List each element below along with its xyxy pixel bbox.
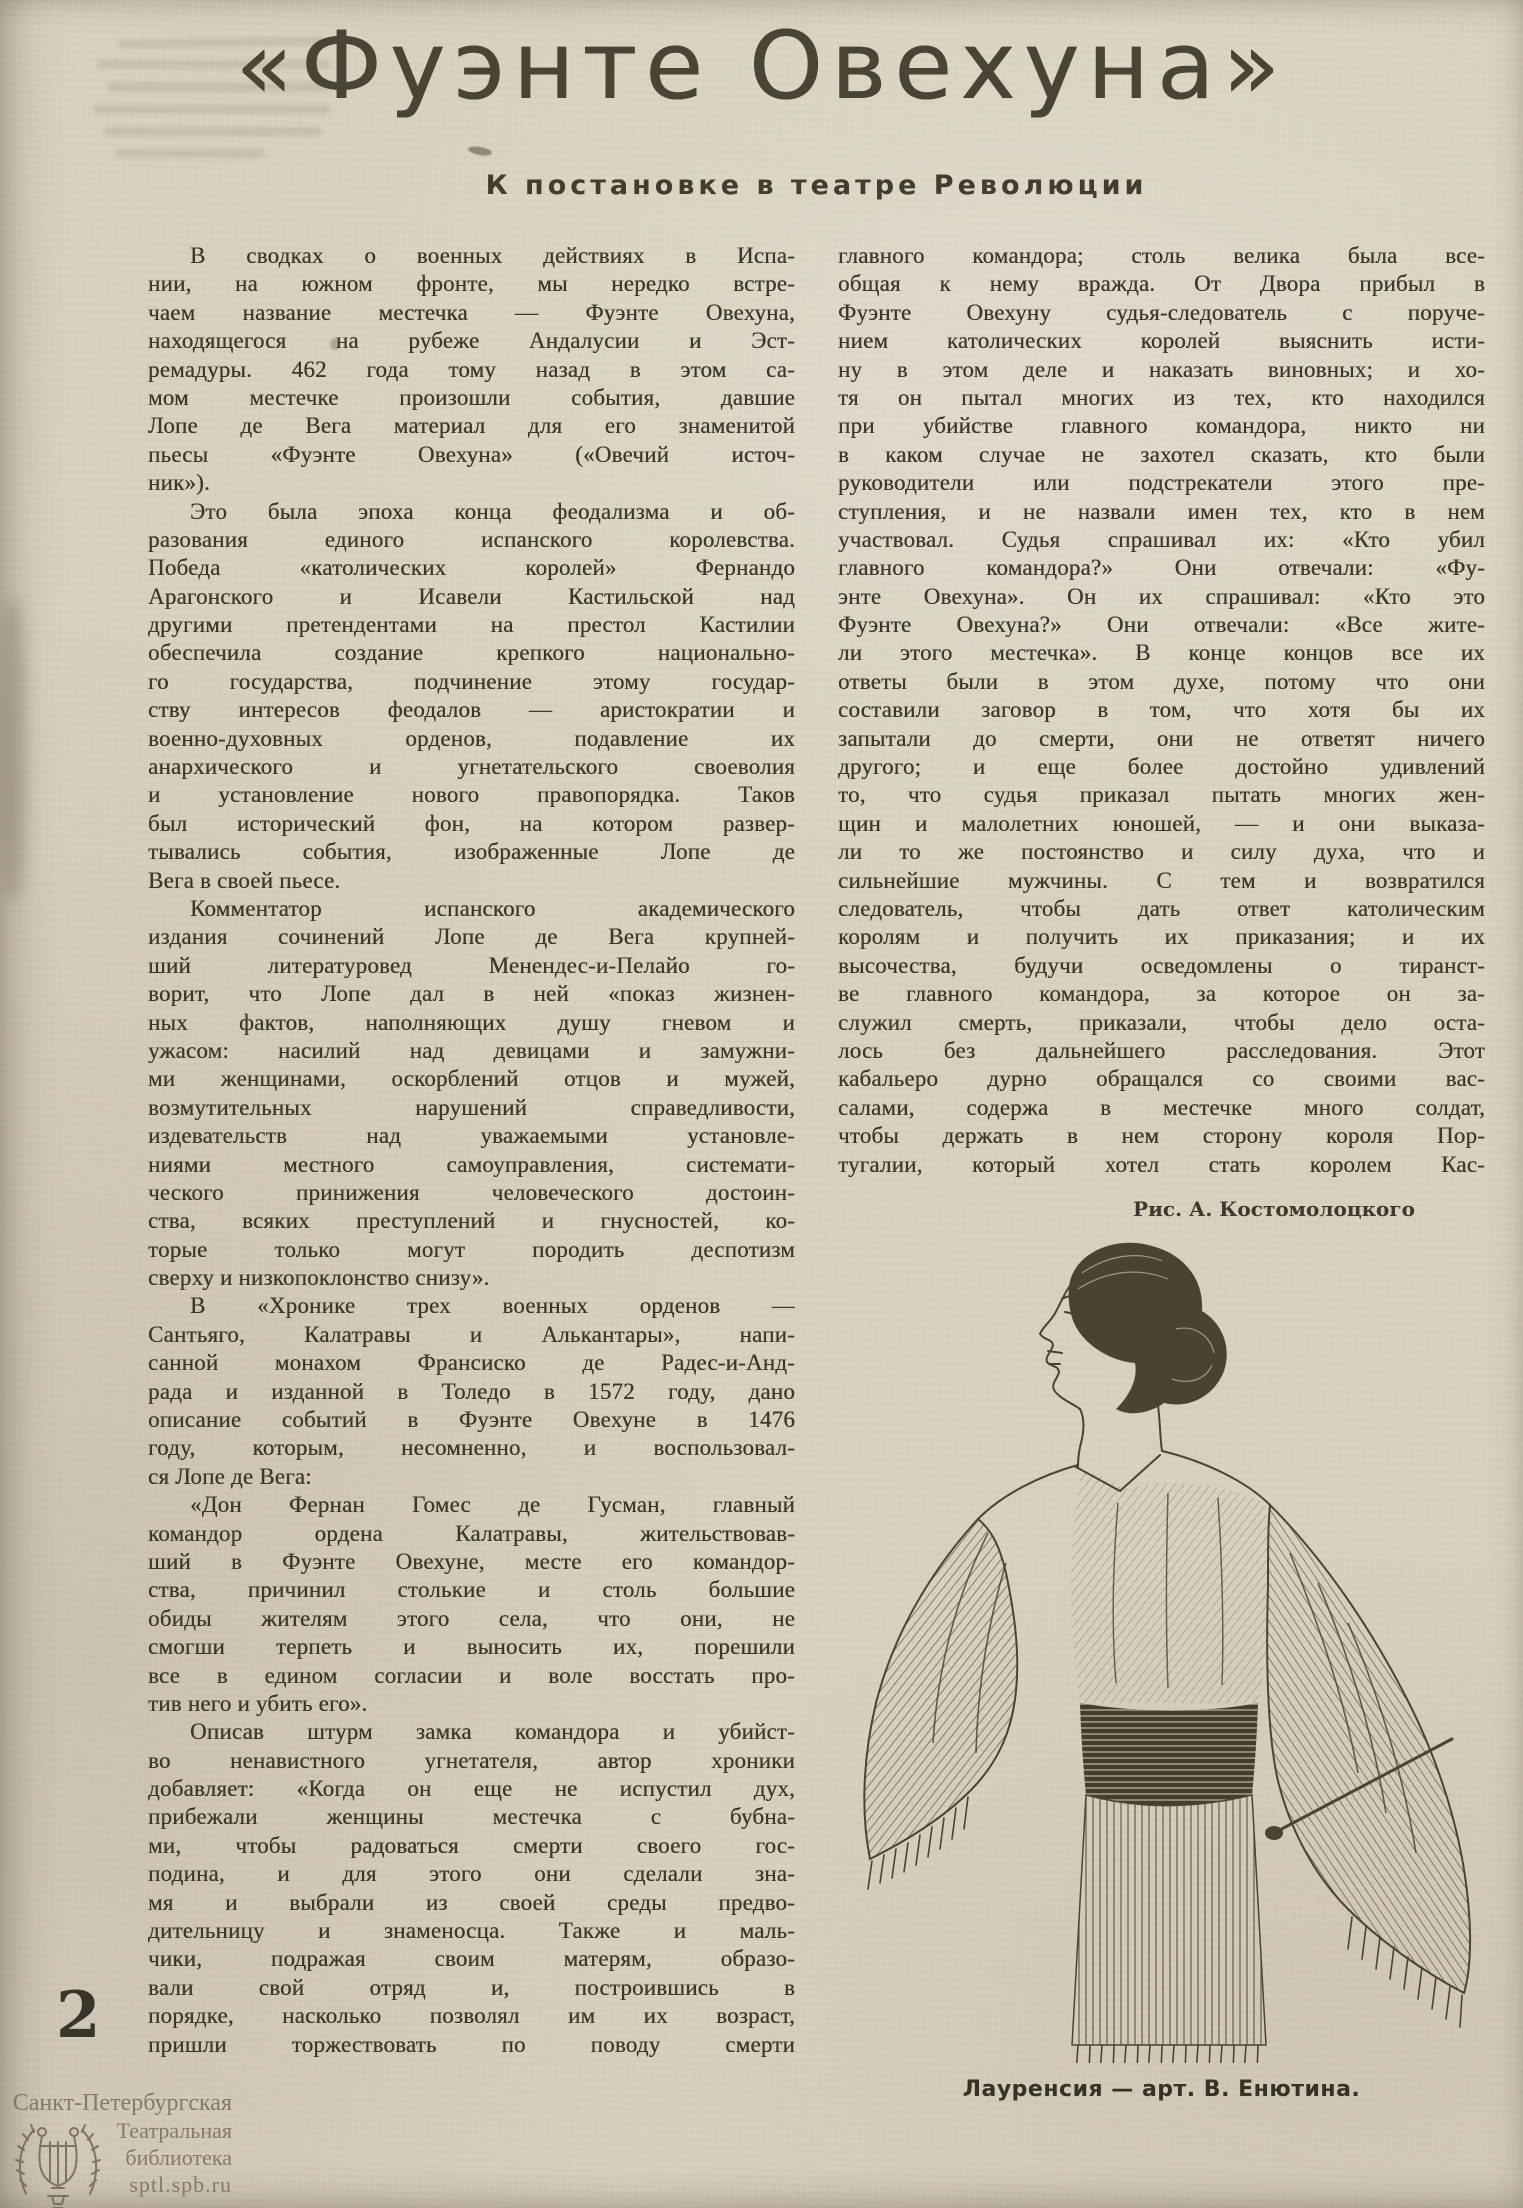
text-line: издания сочинений Лопе де Вега крупней- <box>148 923 795 951</box>
text-line: рада и изданной в Толедо в 1572 году, да… <box>148 1378 795 1406</box>
bleedthrough-line <box>116 149 264 158</box>
text-line: ший литературовед Менендес-и-Пелайо го- <box>148 952 795 980</box>
article-subtitle: К постановке в театре Революции <box>148 170 1485 201</box>
text-line: тив него и убить его». <box>148 1690 795 1718</box>
skirt-panel <box>1072 1795 1266 2045</box>
text-line: чтобы держать в нем сторону короля Пор- <box>838 1122 1485 1150</box>
text-line: во ненавистного угнетателя, автор хроник… <box>148 1747 795 1775</box>
text-line: Лопе де Вега материал для его знаменитой <box>148 412 795 440</box>
text-line: году, которым, несомненно, и воспользова… <box>148 1434 795 1462</box>
text-line: главного командора?» Они отвечали: «Фу- <box>838 554 1485 582</box>
text-line: чики, подражая своим матерям, образо- <box>148 1945 795 1973</box>
right-column-text: главного командора; столь велика была вс… <box>838 242 1485 1179</box>
text-line: добавляет: «Когда он еще не испустил дух… <box>148 1775 795 1803</box>
text-line: нии, на южном фронте, мы нередко встре- <box>148 270 795 298</box>
text-line: Фуэнте Овехуну судья-следователь с поруч… <box>838 299 1485 327</box>
text-line: кабальеро дурно обращался со своими вас- <box>838 1065 1485 1093</box>
scanned-magazine-page: «Фуэнте Овехуна» К постановке в театре Р… <box>0 0 1523 2208</box>
text-line: анархического и угнетательского своеволи… <box>148 753 795 781</box>
text-line: Вега в своей пьесе. <box>148 867 795 895</box>
text-line: ства, причинил столькие и столь большие <box>148 1576 795 1604</box>
bleedthrough-line <box>104 127 322 136</box>
paragraph: В сводках о военных действиях в Испа-нии… <box>148 242 795 498</box>
text-line: ству интересов феодалов — аристократии и <box>148 696 795 724</box>
text-line: находящегося на рубеже Андалусии и Эст- <box>148 327 795 355</box>
text-line: тывались события, изображенные Лопе де <box>148 838 795 866</box>
text-line: ответы были в этом духе, потому что они <box>838 668 1485 696</box>
text-line: ну в этом деле и наказать виновных; и хо… <box>838 356 1485 384</box>
text-line: В «Хронике трех военных орденов — <box>148 1292 795 1320</box>
text-line: сильнейшие мужчины. С тем и возвратился <box>838 867 1485 895</box>
text-line: ремадуры. 462 года тому назад в этом са- <box>148 356 795 384</box>
text-line: ве главного командора, за которое он за- <box>838 980 1485 1008</box>
library-watermark: Санкт-Петербургская Театральная библиоте… <box>10 2090 250 2198</box>
text-line: служил смерть, приказали, чтобы дело ост… <box>838 1009 1485 1037</box>
right-text-column: главного командора; столь велика была вс… <box>838 242 1485 2102</box>
text-line: ник»). <box>148 469 795 497</box>
text-line: руководители или подстрекатели этого пре… <box>838 469 1485 497</box>
text-line: ми, чтобы радоваться смерти своего гос- <box>148 1832 795 1860</box>
text-line: участвовал. Судья спрашивал их: «Кто уби… <box>838 526 1485 554</box>
text-line: салами, содержа в местечке много солдат, <box>838 1094 1485 1122</box>
text-line: Описав штурм замка командора и убийст- <box>148 1718 795 1746</box>
text-line: ли этого местечка». В конце концов все и… <box>838 639 1485 667</box>
page-number: 2 <box>56 1978 101 2053</box>
text-line: высочества, будучи осведомлены о тиранст… <box>838 952 1485 980</box>
text-line: следователь, чтобы дать ответ католическ… <box>838 895 1485 923</box>
text-line: ли то же постоянство и силу духа, что и <box>838 838 1485 866</box>
paragraph: «Дон Фернан Гомес де Гусман, главныйкома… <box>148 1491 795 1718</box>
hair-with-bun <box>1069 1243 1227 1413</box>
text-line: ми женщинами, оскорблений отцов и мужей, <box>148 1065 795 1093</box>
text-line: энте Овехуна». Он их спрашивал: «Кто это <box>838 583 1485 611</box>
text-line: «Дон Фернан Гомес де Гусман, главный <box>148 1491 795 1519</box>
text-line: разования единого испанского королевства… <box>148 526 795 554</box>
text-line: ческого принижения человеческого достоин… <box>148 1179 795 1207</box>
text-line: лось без дальнейшего расследования. Этот <box>838 1037 1485 1065</box>
text-line: Фуэнте Овехуна?» Они отвечали: «Все жите… <box>838 611 1485 639</box>
text-line: подина, и для этого они сделали зна- <box>148 1860 795 1888</box>
text-line: ший в Фуэнте Овехуне, месте его командор… <box>148 1548 795 1576</box>
text-line: все в едином согласии и воле восстать пр… <box>148 1662 795 1690</box>
text-line: нием католических королей выяснить исти- <box>838 327 1485 355</box>
text-line: санной монахом Франсиско де Радес-и-Анд- <box>148 1349 795 1377</box>
watermark-line: Санкт-Петербургская <box>10 2090 232 2117</box>
text-line: в каком случае не захотел сказать, кто б… <box>838 441 1485 469</box>
text-line: ужасом: насилий над девицами и замужни- <box>148 1037 795 1065</box>
text-line: описание событий в Фуэнте Овехуне в 1476 <box>148 1406 795 1434</box>
lyre-in-wreath-icon <box>12 2116 104 2208</box>
text-line: дительницу и знаменосца. Также и маль- <box>148 1917 795 1945</box>
text-line: был исторический фон, на котором развер- <box>148 810 795 838</box>
text-line: то, что судья приказал пытать многих жен… <box>838 781 1485 809</box>
text-line: составили заговор в том, что хотя бы их <box>838 696 1485 724</box>
article-title: «Фуэнте Овехуна» <box>0 12 1523 121</box>
blouse <box>1071 1469 1269 1703</box>
text-line: ства, всяких преступлений и гнусностей, … <box>148 1207 795 1235</box>
text-line: прибежали женщины местечка с бубна- <box>148 1803 795 1831</box>
text-line: Победа «католических королей» Фернандо <box>148 554 795 582</box>
text-line: другого; и еще более достойно удивлений <box>838 753 1485 781</box>
text-line: тя он пытал многих из тех, кто находился <box>838 384 1485 412</box>
text-line: другими претендентами на престол Кастили… <box>148 611 795 639</box>
text-line: мя и выбрали из своей среды предво- <box>148 1889 795 1917</box>
text-line: королям и получить их приказания; и их <box>838 923 1485 951</box>
text-line: ных фактов, наполняющих душу гневом и <box>148 1009 795 1037</box>
text-line: смогши терпеть и выносить их, порешили <box>148 1633 795 1661</box>
text-line: главного командора; столь велика была вс… <box>838 242 1485 270</box>
text-line: обеспечила создание крепкого национально… <box>148 639 795 667</box>
illustration-caption: Лауренсия — арт. В. Енютина. <box>838 2077 1485 2102</box>
paragraph: В «Хронике трех военных орденов —Сантьяг… <box>148 1292 795 1491</box>
illustration-credit: Рис. А. Костомолоцкого <box>838 1197 1485 1221</box>
paragraph: Это была эпоха конца феодализма и об-раз… <box>148 498 795 895</box>
text-line: военно-духовных орденов, подавление их <box>148 725 795 753</box>
text-line: Комментатор испанского академического <box>148 895 795 923</box>
text-line: сверху и низкопоклонство снизу». <box>148 1264 795 1292</box>
text-line: Арагонского и Исавели Кастильской над <box>148 583 795 611</box>
laurencia-illustration <box>838 1233 1485 2063</box>
text-line: ступления, и не назвали имен тех, кто в … <box>838 498 1485 526</box>
left-text-column: В сводках о военных действиях в Испа-нии… <box>148 242 795 2059</box>
text-line: мом местечке произошли события, давшие <box>148 384 795 412</box>
text-line: издевательств над уважаемыми установле- <box>148 1122 795 1150</box>
paragraph: Описав штурм замка командора и убийст-во… <box>148 1718 795 2059</box>
text-line: тугалии, который хотел стать королем Кас… <box>838 1151 1485 1179</box>
text-line: Сантьяго, Калатравы и Алькантары», напи- <box>148 1321 795 1349</box>
waistband <box>1080 1703 1258 1806</box>
text-line: ниями местного самоуправления, системати… <box>148 1151 795 1179</box>
text-line: Это была эпоха конца феодализма и об- <box>148 498 795 526</box>
text-line: вали свой отряд и, построившись в <box>148 1974 795 2002</box>
text-line: запытали до смерти, они не ответят ничег… <box>838 725 1485 753</box>
text-line: пришли торжествовать по поводу смерти <box>148 2031 795 2059</box>
text-line: торые только могут породить деспотизм <box>148 1236 795 1264</box>
paragraph: Комментатор испанского академическогоизд… <box>148 895 795 1292</box>
ink-speck <box>467 145 492 157</box>
text-line: при убийстве главного командора, никто н… <box>838 412 1485 440</box>
text-line: общая к нему вражда. От Двора прибыл в <box>838 270 1485 298</box>
text-line: щин и малолетних юношей, — и они выказа- <box>838 810 1485 838</box>
text-line: и установление нового правопорядка. Тако… <box>148 781 795 809</box>
text-line: командор ордена Калатравы, жительствовав… <box>148 1520 795 1548</box>
text-line: чаем название местечка — Фуэнте Овехуна, <box>148 299 795 327</box>
scan-edge-smudge <box>0 600 26 900</box>
text-line: ворит, что Лопе дал в ней «показ жизнен- <box>148 980 795 1008</box>
text-line: В сводках о военных действиях в Испа- <box>148 242 795 270</box>
text-line: ся Лопе де Вега: <box>148 1463 795 1491</box>
text-line: возмутительных нарушений справедливости, <box>148 1094 795 1122</box>
text-line: обиды жителям этого села, что они, не <box>148 1605 795 1633</box>
text-line: пьесы «Фуэнте Овехуна» («Овечий источ- <box>148 441 795 469</box>
text-line: порядке, насколько позволял им их возрас… <box>148 2002 795 2030</box>
text-line: го государства, подчинение этому государ… <box>148 668 795 696</box>
paragraph: главного командора; столь велика была вс… <box>838 242 1485 1179</box>
